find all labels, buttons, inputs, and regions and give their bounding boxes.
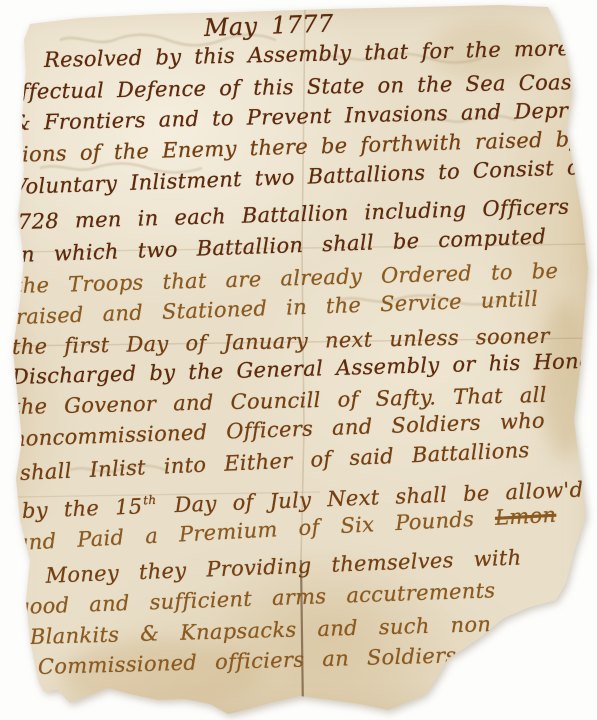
manuscript-line: effectual Defence of this State on the S… bbox=[8, 72, 581, 103]
manuscript-line: Blankits & Knapsacks and such non bbox=[30, 614, 492, 648]
line-text: by the 15 bbox=[22, 494, 143, 523]
manuscript-line: Commissioned officiers an Soldiers bbox=[38, 645, 457, 678]
manuscript-text: May 1777 Resolved by this Assembly that … bbox=[0, 0, 597, 720]
superscript-ordinal: th bbox=[143, 493, 157, 507]
manuscript-line: in which two Battallion shall be compute… bbox=[14, 226, 547, 266]
date-heading: May 1777 bbox=[204, 11, 334, 40]
manuscript-line: Resolved by this Assembly that for the m… bbox=[44, 38, 571, 71]
paper-shadow-wrap: May 1777 Resolved by this Assembly that … bbox=[0, 0, 597, 720]
struck-out-word: Lmon bbox=[494, 503, 556, 530]
manuscript-paper: May 1777 Resolved by this Assembly that … bbox=[0, 0, 597, 720]
photo-backdrop: May 1777 Resolved by this Assembly that … bbox=[0, 0, 597, 720]
